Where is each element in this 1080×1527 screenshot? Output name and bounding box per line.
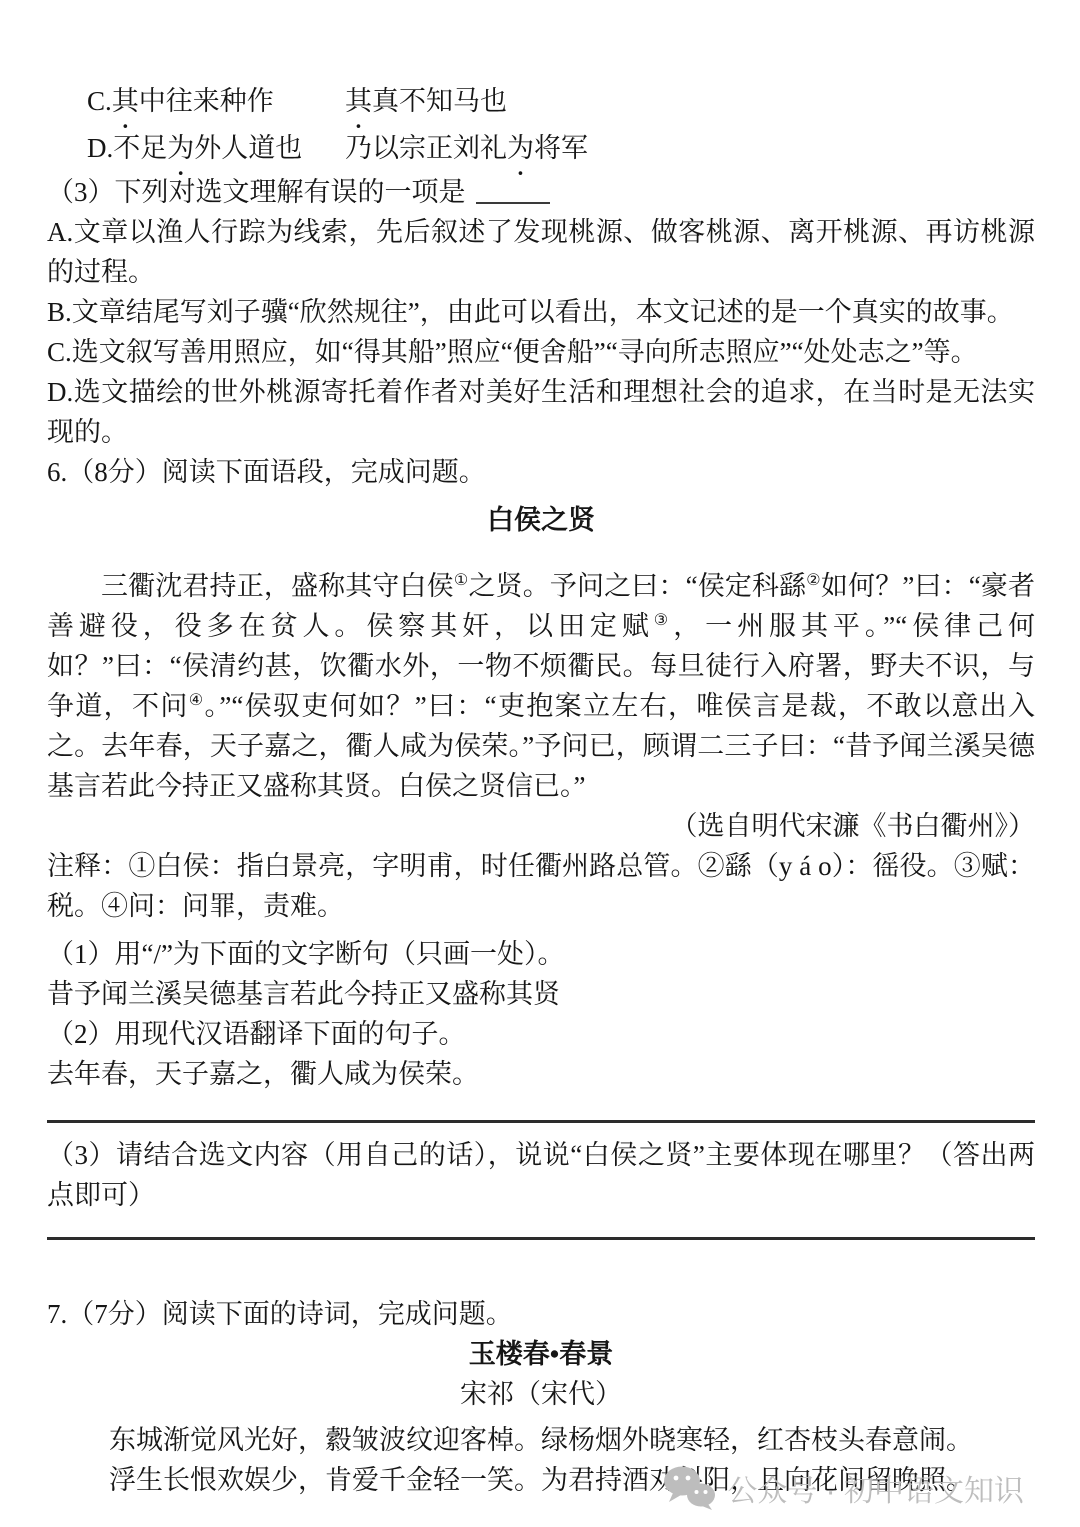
option-d: D.选文描绘的世外桃源寄托着作者对美好生活和理想社会的追求，在当时是无法实现的。 — [47, 372, 1035, 452]
emphasized-char: 其 — [345, 78, 372, 125]
option-pair-d: D.不足为外人道也 乃以宗正刘礼为将军 — [87, 125, 1035, 172]
question-3-stem: （3）下列对选文理解有误的一项是 — [47, 172, 1035, 212]
watermark-text: 公众号 · 初中语文知识 — [727, 1466, 1024, 1510]
question-6-sub1-text: 昔予闻兰溪吴德基言若此今持正又盛称其贤 — [47, 974, 1035, 1014]
option-a: A.文章以渔人行踪为线索，先后叙述了发现桃源、做客桃源、离开桃源、再访桃源的过程… — [47, 212, 1035, 292]
option-letter: C. — [87, 86, 112, 116]
option-pair-c-left: C.其中往来种作 — [87, 78, 345, 125]
emphasized-char: 为 — [507, 125, 534, 172]
question-6-sub3: （3）请结合选文内容（用自己的话），说说“白侯之贤”主要体现在哪里？（答出两点即… — [47, 1135, 1035, 1215]
passage-notes: 注释：①白侯：指白景亮，字明甫，时任衢州路总管。②繇（y á o）：徭役。③赋：… — [47, 846, 1035, 926]
option-b: B.文章结尾写刘子骥“欣然规往”，由此可以看出，本文记述的是一个真实的故事。 — [47, 292, 1035, 332]
question-6-stem: 6.（8分）阅读下面语段，完成问题。 — [47, 452, 1035, 492]
emphasized-char: 为 — [167, 125, 194, 172]
question-6-sub1: （1）用“/”为下面的文字断句（只画一处）。 — [47, 934, 1035, 974]
answer-line — [47, 1237, 1035, 1240]
question-7-stem: 7.（7分）阅读下面的诗词，完成问题。 — [47, 1294, 1035, 1334]
poem-line: 东城渐觉风光好，縠皱波纹迎客棹。绿杨烟外晓寒轻，红杏枝头春意闹。 — [47, 1420, 1035, 1460]
answer-blank — [476, 176, 550, 204]
option-pair-c: C.其中往来种作 其真不知马也 — [87, 78, 1035, 125]
question-6-sub2-text: 去年春，天子嘉之，衢人咸为侯荣。 — [47, 1054, 1035, 1094]
passage-title: 白侯之贤 — [47, 500, 1035, 540]
option-c: C.选文叙写善用照应，如“得其船”照应“便舍船”“寻向所志照应”“处处志之”等。 — [47, 332, 1035, 372]
option-pair-c-right: 其真不知马也 — [345, 78, 1035, 125]
passage-text: 三衢沈君持正，盛称其守白侯①之贤。予问之曰：“侯定科繇②如何？”曰：“豪者善避役… — [47, 566, 1035, 806]
poem-author: 宋祁（宋代） — [47, 1374, 1035, 1414]
option-pair-d-right: 乃以宗正刘礼为将军 — [345, 125, 1035, 172]
passage-attribution: （选自明代宋濂《书白衢州》） — [47, 806, 1035, 846]
wechat-icon — [661, 1465, 717, 1511]
watermark: 公众号 · 初中语文知识 — [661, 1465, 1024, 1511]
poem-title: 玉楼春•春景 — [47, 1334, 1035, 1374]
exam-page: C.其中往来种作 其真不知马也 D.不足为外人道也 乃以宗正刘礼为将军 （3）下… — [0, 0, 1080, 1500]
emphasized-char: 其 — [112, 78, 139, 125]
question-3-label: （3）下列对选文理解有误的一项是 — [47, 177, 466, 207]
answer-line — [47, 1120, 1035, 1123]
option-letter: D. — [87, 133, 113, 163]
question-6-sub2: （2）用现代汉语翻译下面的句子。 — [47, 1014, 1035, 1054]
